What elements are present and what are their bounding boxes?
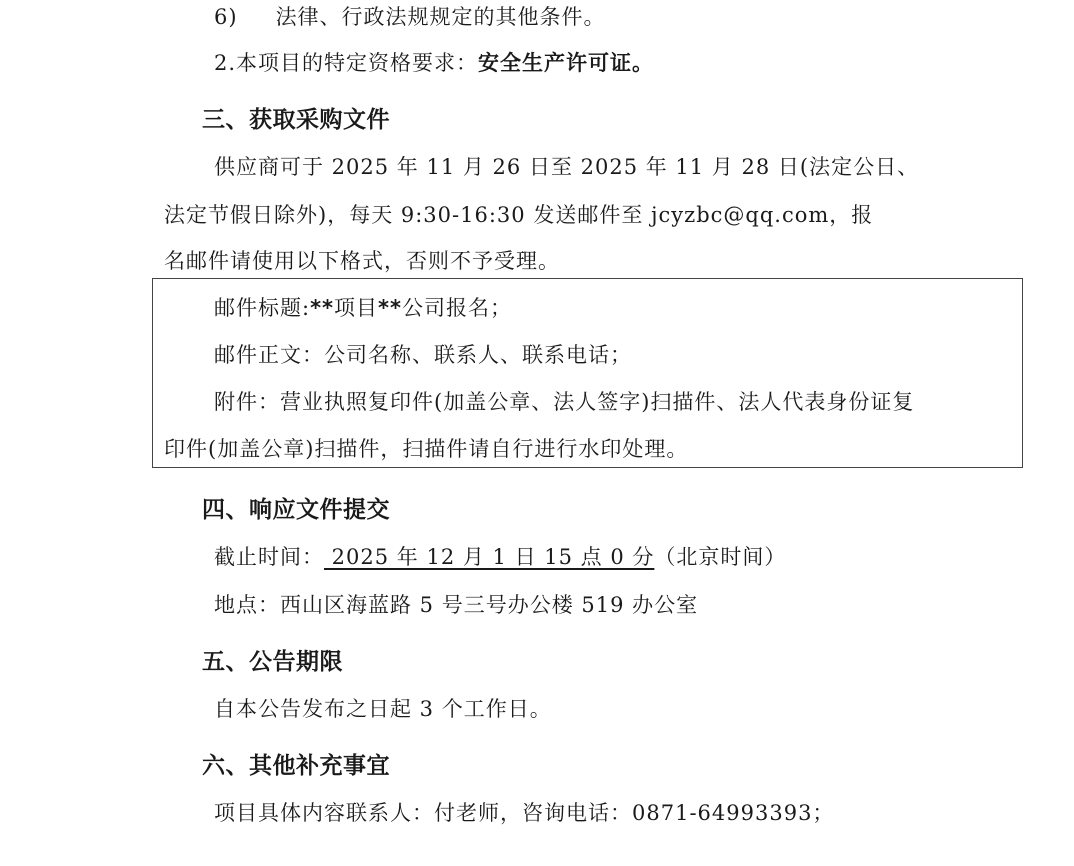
condition-item-6: 6)法律、行政法规规定的其他条件。 [214,2,606,32]
subject-label: 邮件标题: [214,296,310,320]
location-line: 地点：西山区海蓝路 5 号三号办公楼 519 办公室 [214,590,698,620]
section-heading-3: 三、获取采购文件 [202,104,390,136]
deadline-timezone: （北京时间） [654,545,786,569]
requirement-label: 2.本项目的特定资格要求： [214,51,478,75]
deadline-value: 2025 年 12 月 1 日 15 点 0 分 [324,545,654,569]
paragraph-line-3: 名邮件请使用以下格式，否则不予受理。 [164,246,560,276]
subject-project: 项目 [334,296,378,320]
email-attachment-line-1: 附件：营业执照复印件(加盖公章、法人签字)扫描件、法人代表身份证复 [214,387,914,417]
email-body-format: 邮件正文：公司名称、联系人、联系电话； [214,340,632,370]
item-number: 6) [214,5,238,29]
notice-period-text: 自本公告发布之日起 3 个工作日。 [214,694,552,724]
specific-requirement: 2.本项目的特定资格要求：安全生产许可证。 [214,48,654,78]
section-heading-6: 六、其他补充事宜 [202,750,390,782]
email-subject-format: 邮件标题:**项目**公司报名； [214,293,512,323]
paragraph-line-1: 供应商可于 2025 年 11 月 26 日至 2025 年 11 月 28 日… [214,152,919,182]
contact-text: 项目具体内容联系人：付老师，咨询电话：0871-64993393； [214,798,834,828]
placeholder-stars: ** [310,296,334,320]
placeholder-stars: ** [378,296,402,320]
section-heading-4: 四、响应文件提交 [202,494,390,526]
email-attachment-line-2: 印件(加盖公章)扫描件，扫描件请自行进行水印处理。 [164,434,688,464]
requirement-emphasis: 安全生产许可证。 [478,51,654,75]
section-heading-5: 五、公告期限 [202,646,343,678]
deadline-label: 截止时间： [214,545,324,569]
paragraph-line-2: 法定节假日除外)，每天 9:30-16:30 发送邮件至 jcyzbc@qq.c… [164,200,873,230]
item-text: 法律、行政法规规定的其他条件。 [276,5,606,29]
subject-company: 公司报名； [402,296,512,320]
deadline-line: 截止时间： 2025 年 12 月 1 日 15 点 0 分（北京时间） [214,542,786,572]
